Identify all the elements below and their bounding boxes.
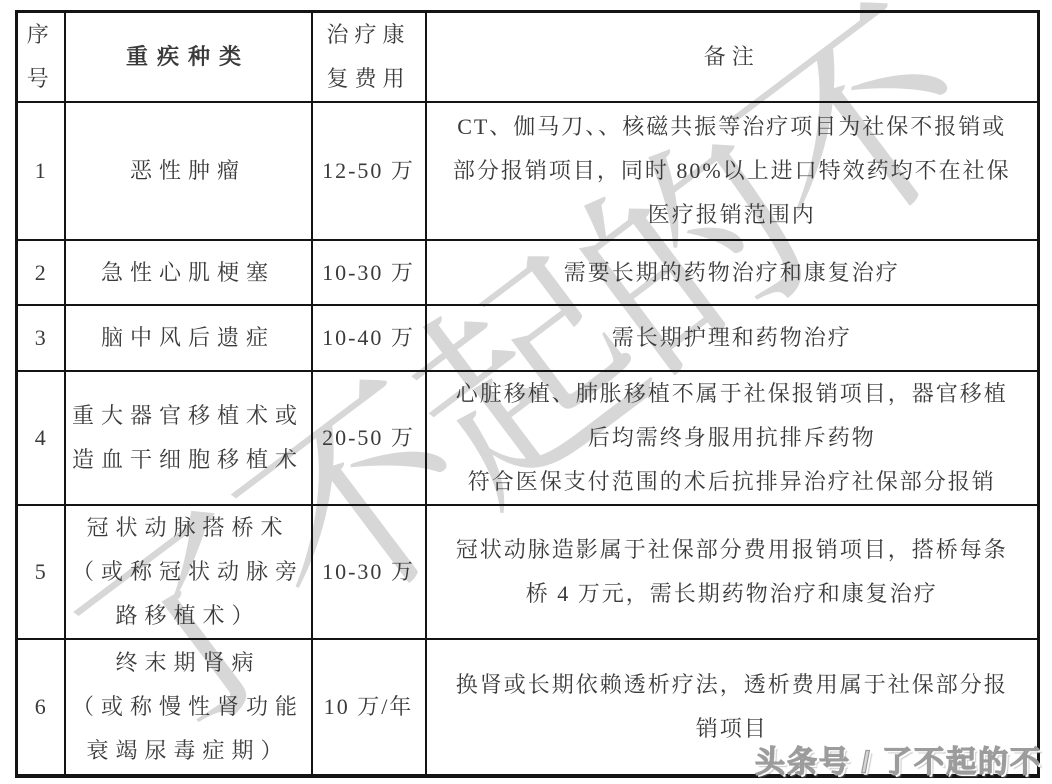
cell-no: 6 <box>17 639 65 776</box>
header-no: 序 号 <box>17 12 65 103</box>
cell-no: 5 <box>17 505 65 639</box>
header-cost: 治疗康 复费用 <box>312 12 426 103</box>
document-page: 了不起的不 序 号 重疾种类 治疗康 复费用 备注 1 恶性肿瘤 12-50 万… <box>0 0 1052 784</box>
footer-watermark: 头条号 / 了不起的不 <box>755 737 1042 781</box>
cell-disease: 恶性肿瘤 <box>65 102 312 240</box>
cell-remark: 需要长期的药物治疗和康复治疗 <box>426 240 1039 305</box>
cell-no: 1 <box>17 102 65 240</box>
header-remark: 备注 <box>426 12 1039 103</box>
cell-cost: 10-30 万 <box>312 505 426 639</box>
header-disease: 重疾种类 <box>65 12 312 103</box>
cell-cost: 10-30 万 <box>312 240 426 305</box>
table-row: 5 冠状动脉搭桥术 （或称冠状动脉旁 路移植术） 10-30 万 冠状动脉造影属… <box>17 505 1039 639</box>
cell-cost: 10 万/年 <box>312 639 426 776</box>
cell-cost: 20-50 万 <box>312 371 426 505</box>
cell-disease: 脑中风后遗症 <box>65 305 312 371</box>
header-row: 序 号 重疾种类 治疗康 复费用 备注 <box>17 12 1039 103</box>
cell-disease: 重大器官移植术或 造血干细胞移植术 <box>65 371 312 505</box>
cell-remark: 冠状动脉造影属于社保部分费用报销项目，搭桥每条 桥 4 万元，需长期药物治疗和康… <box>426 505 1039 639</box>
cell-disease: 终末期肾病 （或称慢性肾功能 衰竭尿毒症期） <box>65 639 312 776</box>
cell-remark: 心脏移植、肺胀移植不属于社保报销项目，器官移植 后均需终身服用抗排斥药物 符合医… <box>426 371 1039 505</box>
table-row: 3 脑中风后遗症 10-40 万 需长期护理和药物治疗 <box>17 305 1039 371</box>
cell-disease: 急性心肌梗塞 <box>65 240 312 305</box>
table-row: 2 急性心肌梗塞 10-30 万 需要长期的药物治疗和康复治疗 <box>17 240 1039 305</box>
cell-cost: 12-50 万 <box>312 102 426 240</box>
critical-illness-cost-table: 序 号 重疾种类 治疗康 复费用 备注 1 恶性肿瘤 12-50 万 CT、伽马… <box>15 10 1040 778</box>
table-row: 4 重大器官移植术或 造血干细胞移植术 20-50 万 心脏移植、肺胀移植不属于… <box>17 371 1039 505</box>
table-row: 1 恶性肿瘤 12-50 万 CT、伽马刀、、核磁共振等治疗项目为社保不报销或 … <box>17 102 1039 240</box>
cell-cost: 10-40 万 <box>312 305 426 371</box>
cell-no: 4 <box>17 371 65 505</box>
cell-no: 2 <box>17 240 65 305</box>
cell-remark: CT、伽马刀、、核磁共振等治疗项目为社保不报销或 部分报销项目，同时 80%以上… <box>426 102 1039 240</box>
cell-no: 3 <box>17 305 65 371</box>
cell-disease: 冠状动脉搭桥术 （或称冠状动脉旁 路移植术） <box>65 505 312 639</box>
cell-remark: 需长期护理和药物治疗 <box>426 305 1039 371</box>
